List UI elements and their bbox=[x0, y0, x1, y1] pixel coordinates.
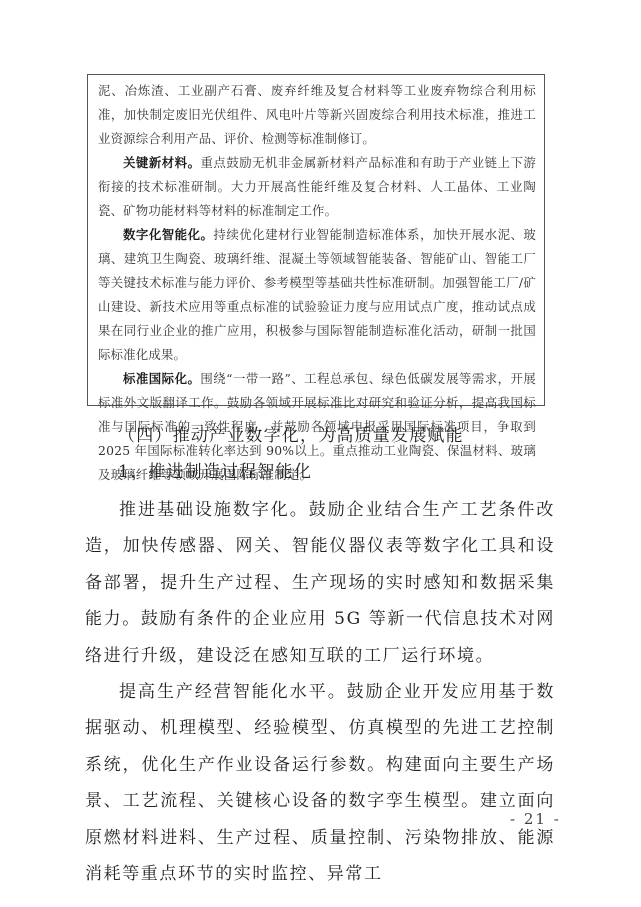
section-heading: （四）推动产业数字化，为高质量发展赋能 bbox=[118, 421, 464, 446]
page-number: - 21 - bbox=[510, 810, 561, 828]
box-paragraph-title: 标准国际化。 bbox=[123, 371, 200, 386]
box-paragraph-title: 数字化智能化。 bbox=[123, 227, 213, 242]
box-paragraph-title: 关键新材料。 bbox=[123, 155, 201, 170]
box-paragraph-waste: 泥、冶炼渣、工业副产石膏、废弃纤维及复合材料等工业废弃物综合利用标准，加快制定废… bbox=[98, 79, 536, 151]
box-paragraph-new-materials: 关键新材料。重点鼓励无机非金属新材料产品标准和有助于产业链上下游衔接的技术标准研… bbox=[98, 151, 536, 223]
box-paragraph-text: 持续优化建材行业智能制造标准体系，加快开展水泥、玻璃、建筑卫生陶瓷、玻璃纤维、混… bbox=[98, 227, 536, 362]
body-paragraph: 推进基础设施数字化。鼓励企业结合生产工艺条件改造，加快传感器、网关、智能仪器仪表… bbox=[85, 492, 555, 674]
body-text: 推进基础设施数字化。鼓励企业结合生产工艺条件改造，加快传感器、网关、智能仪器仪表… bbox=[85, 492, 555, 892]
subsection-heading: 1、推进制造过程智能化 bbox=[118, 457, 312, 482]
body-paragraph: 提高生产经营智能化水平。鼓励企业开发应用基于数据驱动、机理模型、经验模型、仿真模… bbox=[85, 674, 555, 892]
box-paragraph-digital: 数字化智能化。持续优化建材行业智能制造标准体系，加快开展水泥、玻璃、建筑卫生陶瓷… bbox=[98, 223, 536, 367]
boxed-text-panel: 泥、冶炼渣、工业副产石膏、废弃纤维及复合材料等工业废弃物综合利用标准，加快制定废… bbox=[87, 74, 545, 406]
